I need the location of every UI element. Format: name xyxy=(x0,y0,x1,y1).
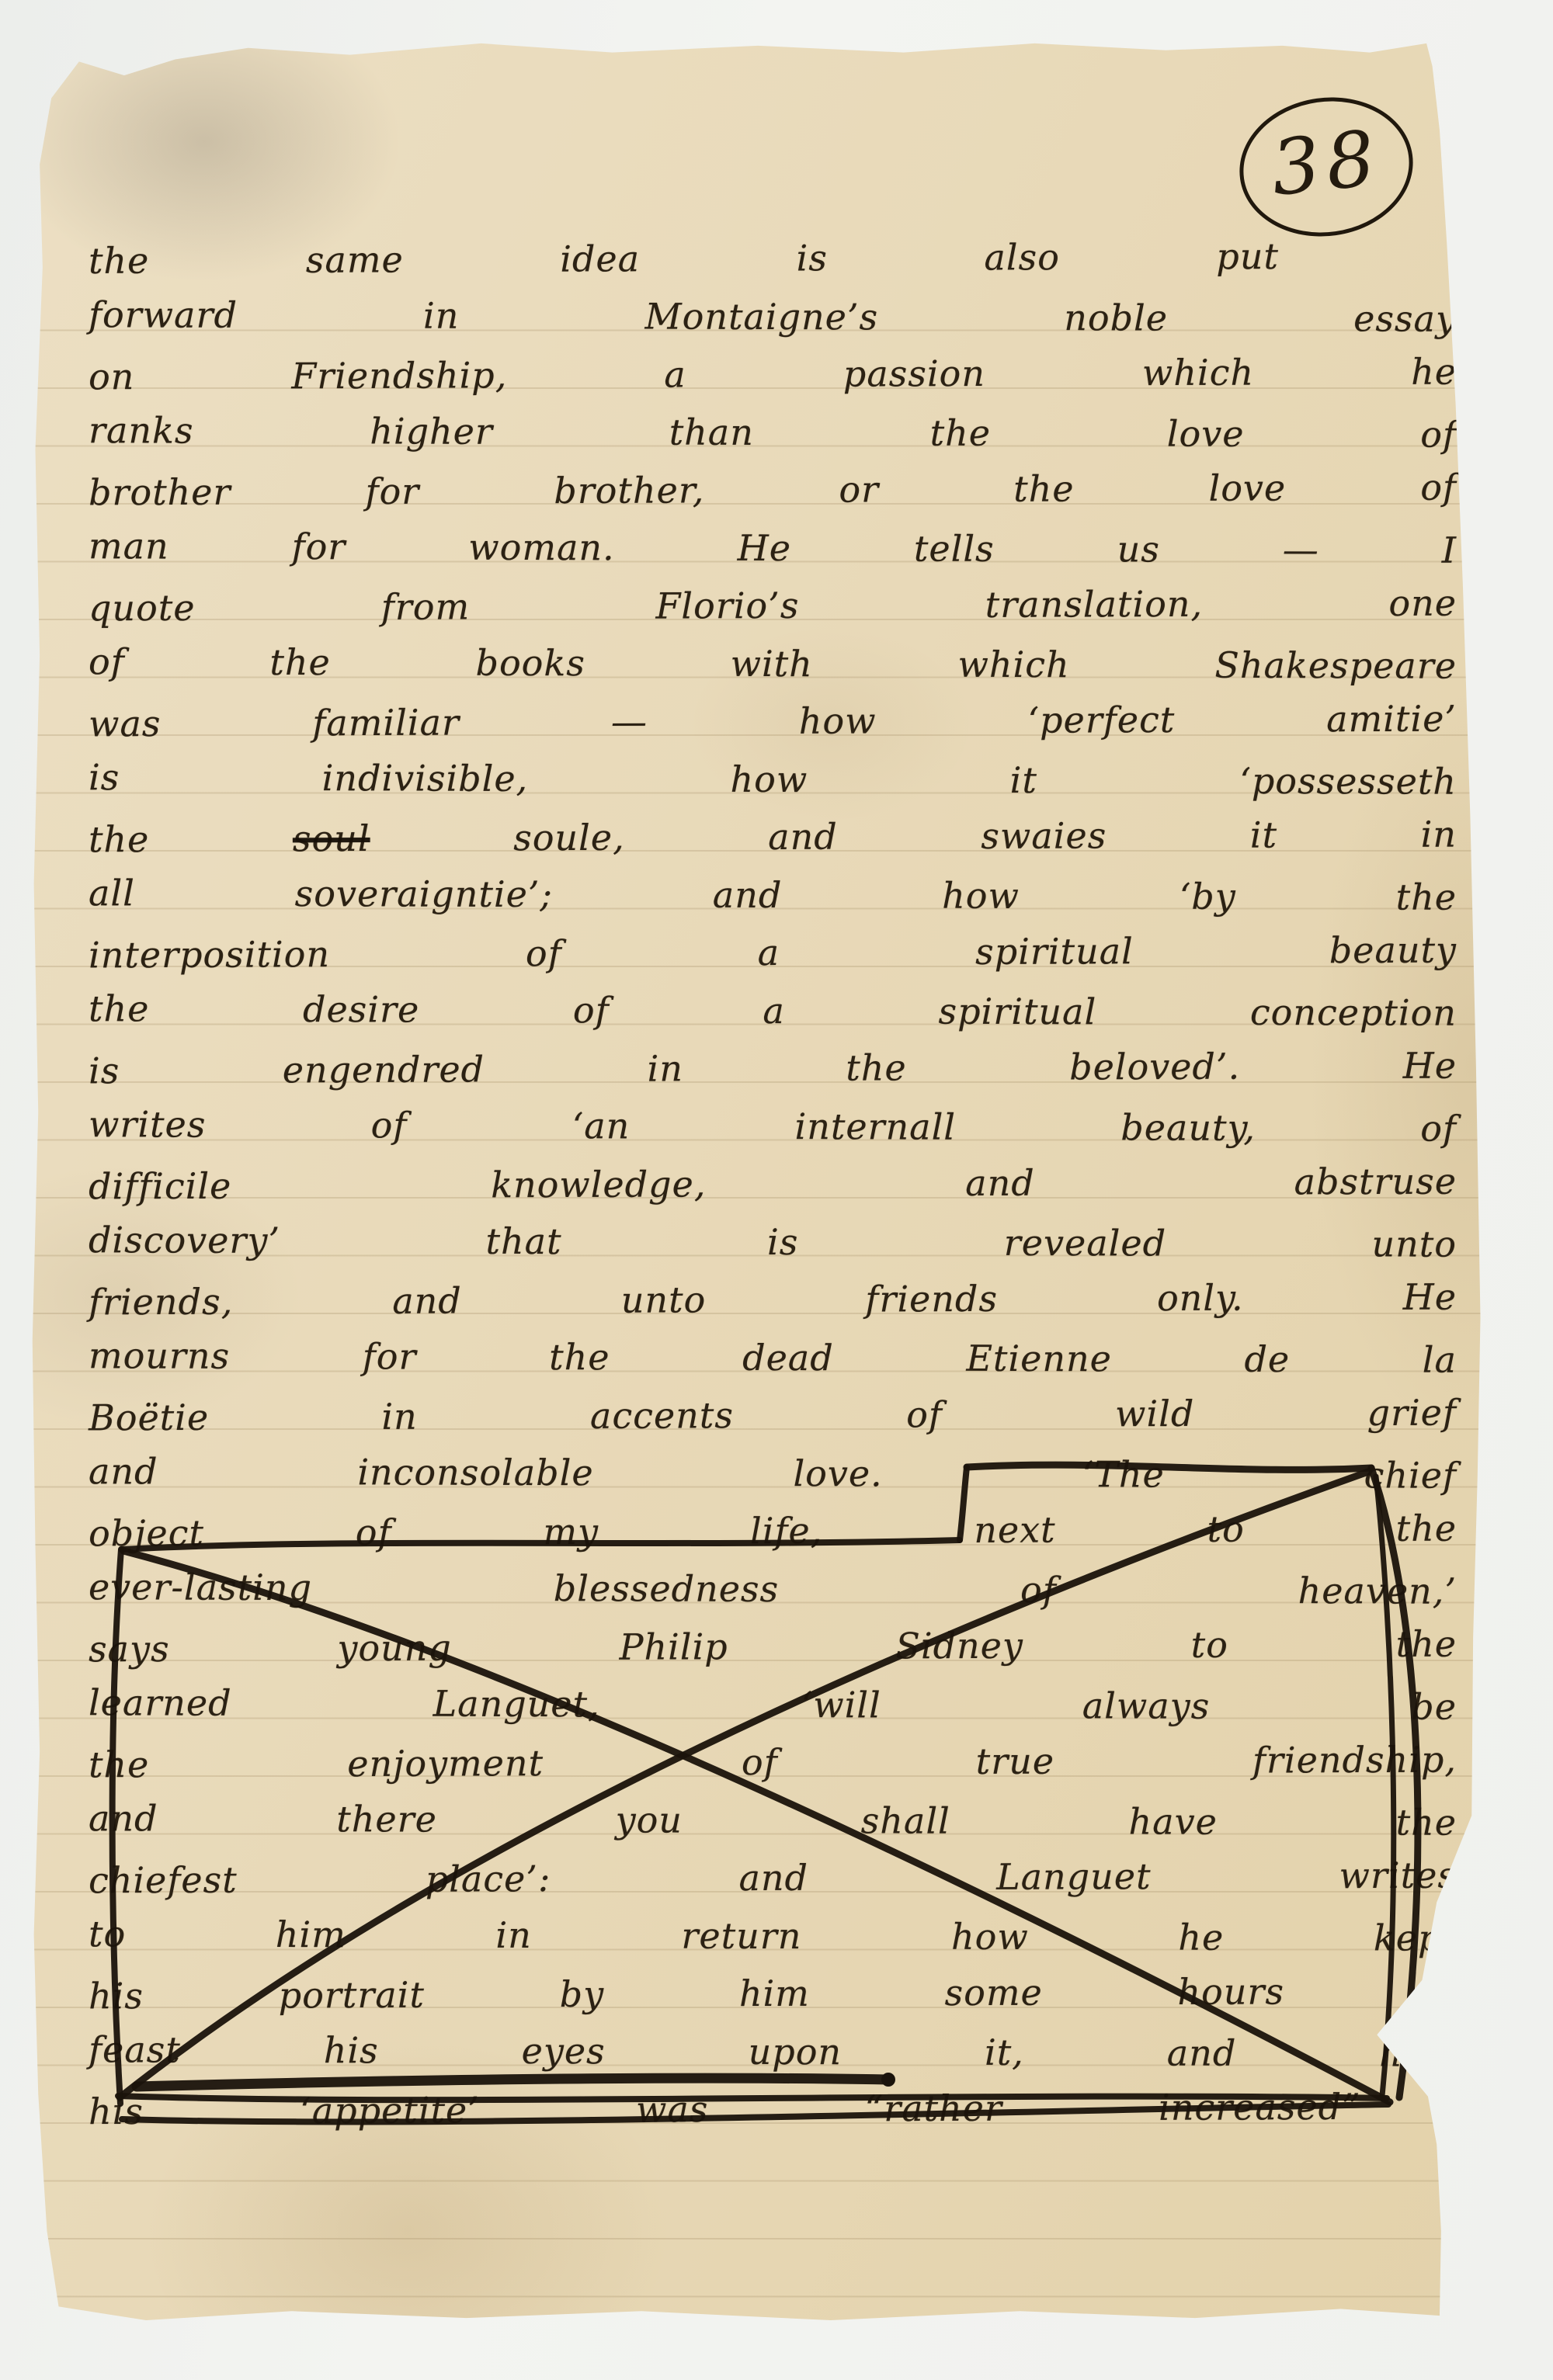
manuscript-line: chiefest place’: and Languet writes xyxy=(89,1847,1457,1910)
manuscript-line: the soul soule, and swaies it in xyxy=(89,806,1457,869)
manuscript-line: and there you shall have the xyxy=(89,1789,1457,1851)
manuscript-line: says young Philip Sidney to the xyxy=(89,1615,1457,1678)
manuscript-line: and inconsolable love. ‘The chief xyxy=(89,1442,1457,1504)
manuscript-line: all soveraigntie’; and how ‘by the xyxy=(89,864,1457,926)
manuscript-line: is indivisible, how it ‘possesseth xyxy=(89,748,1457,810)
photograph-background: 38 the same idea is also putforward in M… xyxy=(0,0,1553,2380)
manuscript-line: object of my life, next to the xyxy=(89,1500,1457,1563)
manuscript-line: interposition of a spiritual beauty xyxy=(89,921,1457,984)
manuscript-line: man for woman. He tells us — I xyxy=(89,517,1457,579)
manuscript-line: ever-lasting blessedness of heaven,’ xyxy=(89,1558,1457,1620)
manuscript-line: the enjoyment of true friendship, xyxy=(89,1731,1457,1794)
struck-word: soul xyxy=(293,817,370,859)
manuscript-line: the desire of a spiritual conception xyxy=(89,980,1457,1042)
manuscript-line: friends, and unto friends only. He xyxy=(89,1268,1457,1331)
manuscript-line: to him in return how he kept xyxy=(89,1905,1457,1967)
page-number: 38 xyxy=(1267,114,1385,213)
manuscript-line: is engendred in the beloved’. He xyxy=(89,1037,1457,1100)
manuscript-line: of the books with which Shakespeare xyxy=(89,633,1457,695)
manuscript-line: the same idea is also put xyxy=(89,227,1279,290)
manuscript-line: on Friendship, a passion which he xyxy=(89,343,1457,406)
manuscript-line: his portrait by him some hours to xyxy=(89,1962,1457,2025)
manuscript-line: brother for brother, or the love of xyxy=(89,459,1457,522)
manuscript-line: his ‘appetite’ was “rather increased” xyxy=(89,2078,1361,2141)
manuscript-line: was familiar — how ‘perfect amitie’ xyxy=(89,690,1457,753)
manuscript-line: learned Languet, ‘will always be xyxy=(89,1674,1457,1736)
page-number-circle: 38 xyxy=(1231,86,1423,247)
manuscript-line: forward in Montaigne’s noble essay xyxy=(89,286,1457,348)
manuscript-line: Boëtie in accents of wild grief xyxy=(89,1384,1457,1447)
manuscript-line: difficile knowledge, and abstruse xyxy=(89,1153,1457,1216)
manuscript-line: quote from Florio’s translation, one xyxy=(89,574,1457,637)
manuscript-text: the same idea is also putforward in Mont… xyxy=(89,230,1457,2139)
manuscript-page: 38 the same idea is also putforward in M… xyxy=(30,39,1486,2323)
manuscript-line: feast his eyes upon it, and how xyxy=(89,2021,1457,2083)
manuscript-line: ranks higher than the love of xyxy=(89,401,1457,463)
manuscript-line: writes of ‘an internall beauty, of xyxy=(89,1095,1457,1157)
manuscript-line: mourns for the dead Etienne de la xyxy=(89,1327,1457,1389)
manuscript-line: discovery’ that is revealed unto xyxy=(89,1211,1457,1273)
